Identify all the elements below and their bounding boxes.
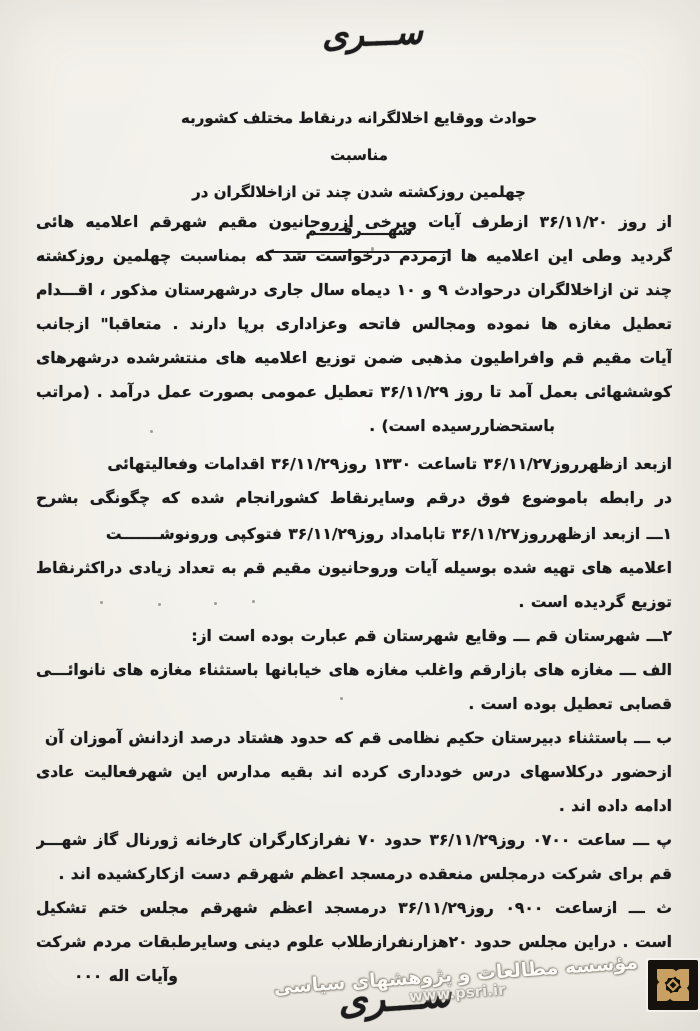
text-line: ادامه داده اند . (36, 789, 672, 823)
scanned-document-page: ســـری حوادث ووقایع اخلالگرانه درنقاط مخ… (0, 0, 700, 1031)
scan-speck (340, 697, 343, 700)
scan-speck (252, 600, 255, 603)
text-line: تعطیل مغازه ها نموده ومجالس فاتحه وعزادا… (36, 307, 672, 341)
sub-item-pe: پ ـــ ساعت ۰۷۰۰ روز۳۶/۱۱/۲۹ حدود ۷۰ نفرا… (36, 823, 672, 891)
list-item-1: ۱ـــ ازبعد ازظهرروز۳۶/۱۱/۲۷ تابامداد روز… (36, 517, 672, 619)
text-line: ازحضور درکلاسهای درس خودداری کرده اند بق… (36, 755, 672, 789)
title-line-1: حوادث ووقایع اخلالگرانه درنقاط مختلف کشو… (178, 100, 540, 174)
scan-speck (150, 430, 153, 433)
text-line: پ ـــ ساعت ۰۷۰۰ روز۳۶/۱۱/۲۹ حدود ۷۰ نفرا… (36, 823, 672, 857)
scan-speck (214, 602, 217, 605)
text-line: قم برای شرکت درمجلس منعقده درمسجد اعظم ش… (36, 857, 672, 891)
text-line: باستحضاررسیده است) . (36, 409, 672, 443)
sub-item-se: ث ـــ ازساعت ۰۹۰۰ روز۳۶/۱۱/۲۹ درمسجد اعظ… (36, 891, 672, 959)
watermark-text: مؤسسه مطالعات و پژوهشهای سیاسی www.psri.… (273, 951, 640, 1014)
scan-speck (158, 603, 161, 606)
text-line: چند تن ازاخلالگران درحوادث ۹ و ۱۰ دیماه … (36, 273, 672, 307)
psri-watermark: مؤسسه مطالعات و پژوهشهای سیاسی www.psri.… (274, 956, 698, 1010)
text-line: گردید وطی این اعلامیه ها ازمردم درخواست … (36, 239, 672, 273)
document-body: از روز ۳۶/۱۱/۲۰ ازطرف آیات وبرخی ازروحان… (36, 205, 672, 993)
sub-item-be: ب ـــ باستثناء دبیرستان حکیم نظامی قم که… (36, 721, 672, 823)
text-line: آیات مقیم قم وافراطیون مذهبی ضمن توزیع ا… (36, 341, 672, 375)
text-line: کوششهائی بعمل آمد تا روز ۳۶/۱۱/۲۹ تعطیل … (36, 375, 672, 409)
psri-logo (648, 960, 698, 1010)
item-2-heading: ۲ـــ شهرستان قم ـــ وقایع شهرستان قم عبا… (36, 619, 672, 653)
text-line: اعلامیه های تهیه شده بوسیله آیات وروحانی… (36, 551, 672, 585)
scan-speck (371, 247, 374, 251)
list-item-2: ۲ـــ شهرستان قم ـــ وقایع شهرستان قم عبا… (36, 619, 672, 959)
text-line: ۱ـــ ازبعد ازظهرروز۳۶/۱۱/۲۷ تابامداد روز… (36, 517, 672, 551)
scan-speck (100, 601, 103, 604)
text-line: ازبعد ازظهرروز۳۶/۱۱/۲۷ تاساعت ۱۳۳۰ روز۳۶… (36, 447, 672, 481)
text-line: از روز ۳۶/۱۱/۲۰ ازطرف آیات وبرخی ازروحان… (36, 205, 672, 239)
psri-logo-background (648, 960, 698, 1010)
paragraph-1: از روز ۳۶/۱۱/۲۰ ازطرف آیات وبرخی ازروحان… (36, 205, 672, 443)
text-line: است . دراین مجلس حدود ۲۰هزارنفرازطلاب عل… (36, 925, 672, 959)
text-line: قصابی تعطیل بوده است . (36, 687, 672, 721)
sub-item-alef: الف ـــ مغازه های بازارقم واغلب مغازه ها… (36, 653, 672, 721)
secret-stamp-top: ســـری (321, 12, 423, 54)
text-line: ب ـــ باستثناء دبیرستان حکیم نظامی قم که… (36, 721, 672, 755)
paragraph-2: ازبعد ازظهرروز۳۶/۱۱/۲۷ تاساعت ۱۳۳۰ روز۳۶… (36, 447, 672, 515)
text-line: توزیع گردیده است . (36, 585, 672, 619)
text-line: الف ـــ مغازه های بازارقم واغلب مغازه ها… (36, 653, 672, 687)
text-line: ث ـــ ازساعت ۰۹۰۰ روز۳۶/۱۱/۲۹ درمسجد اعظ… (36, 891, 672, 925)
text-line: در رابطه باموضوع فوق درقم وسایرنقاط کشور… (36, 481, 672, 515)
